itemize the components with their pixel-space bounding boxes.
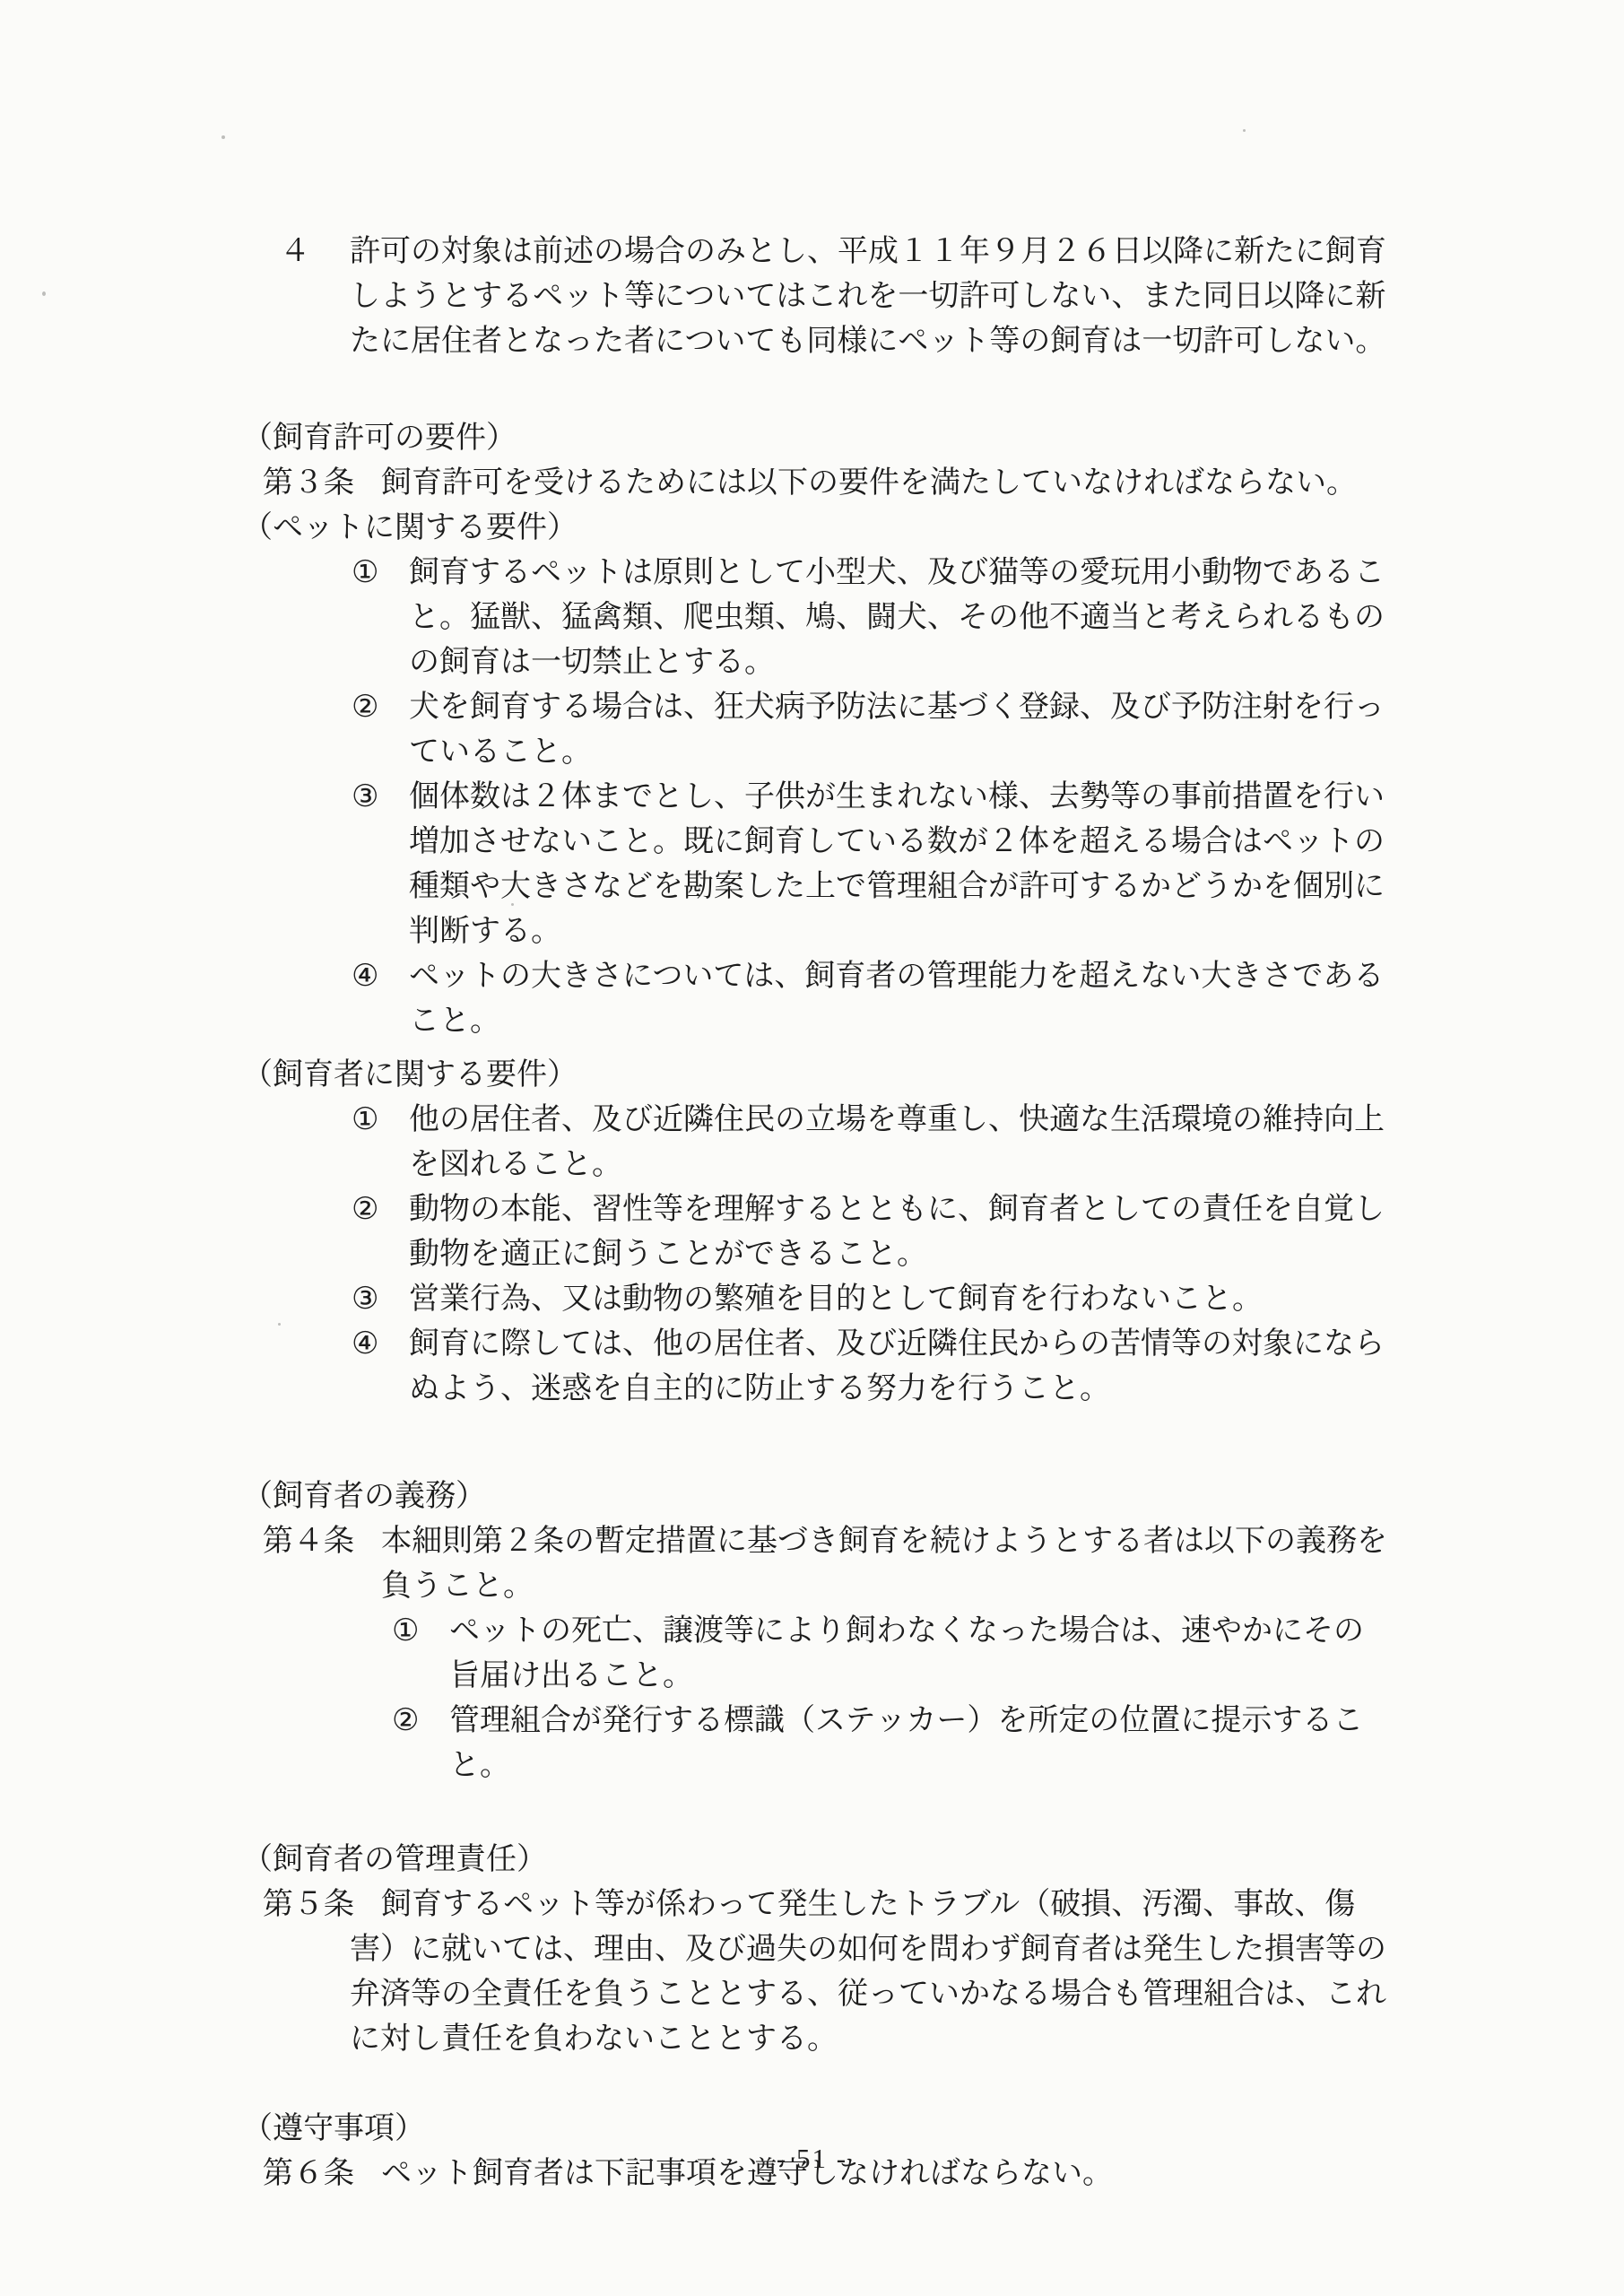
item-number: ③ xyxy=(352,774,382,819)
list-item: ①飼育するペットは原則として小型犬、及び猫等の愛玩用小動物であること。猛獣、猛禽… xyxy=(352,550,1390,684)
list-item: ②動物の本能、習性等を理解するとともに、飼育者としての責任を自覚し動物を適正に飼… xyxy=(352,1187,1390,1276)
item-text: 飼育するペットは原則として小型犬、及び猫等の愛玩用小動物であること。猛獣、猛禽類… xyxy=(409,555,1385,679)
item-number: ② xyxy=(352,684,382,729)
list-item: ①他の居住者、及び近隣住民の立場を尊重し、快適な生活環境の維持向上を図れること。 xyxy=(352,1097,1390,1187)
list-item: ④飼育に際しては、他の居住者、及び近隣住民からの苦情等の対象にならぬよう、迷惑を… xyxy=(352,1321,1390,1411)
item-text: 管理組合が発行する標識（ステッカー）を所定の位置に提示すること。 xyxy=(449,1703,1363,1782)
article-3: 第３条飼育許可を受けるためには以下の要件を満たしていなければならない。 xyxy=(263,460,1390,505)
clause-text: 許可の対象は前述の場合のみとし、平成１１年９月２６日以降に新たに飼育しようとする… xyxy=(350,234,1386,358)
item-text: 個体数は２体までとし、子供が生まれない様、去勢等の事前措置を行い増加させないこと… xyxy=(409,779,1385,948)
list-item: ②管理組合が発行する標識（ステッカー）を所定の位置に提示すること。 xyxy=(392,1698,1390,1787)
document-body: ４許可の対象は前述の場合のみとし、平成１１年９月２６日以降に新たに飼育しようとす… xyxy=(242,229,1390,2196)
scan-speck xyxy=(1243,129,1246,132)
item-text: 動物の本能、習性等を理解するとともに、飼育者としての責任を自覚し動物を適正に飼う… xyxy=(409,1192,1385,1271)
article-4-label: 第４条 xyxy=(263,1524,354,1558)
clause-number: ４ xyxy=(280,229,310,274)
scan-speck xyxy=(221,135,225,139)
item-text: 営業行為、又は動物の繁殖を目的として飼育を行わないこと。 xyxy=(409,1282,1263,1316)
list-item: ①ペットの死亡、譲渡等により飼わなくなった場合は、速やかにその旨届け出ること。 xyxy=(392,1608,1390,1698)
clause-4-paragraph: ４許可の対象は前述の場合のみとし、平成１１年９月２６日以降に新たに飼育しようとす… xyxy=(280,229,1390,363)
scan-speck xyxy=(511,903,514,906)
scan-speck xyxy=(1150,1109,1152,1111)
heading-owner-liability: （飼育者の管理責任） xyxy=(242,1837,1390,1882)
item-number: ④ xyxy=(352,1321,382,1366)
item-number: ④ xyxy=(352,953,382,998)
heading-owner-duties: （飼育者の義務） xyxy=(242,1474,1390,1518)
article-5-label: 第５条 xyxy=(263,1887,354,1921)
item-number: ② xyxy=(392,1698,422,1743)
item-text: 他の居住者、及び近隣住民の立場を尊重し、快適な生活環境の維持向上を図れること。 xyxy=(409,1102,1385,1181)
list-item: ②犬を飼育する場合は、狂犬病予防法に基づく登録、及び予防注射を行っていること。 xyxy=(352,684,1390,774)
list-item: ③営業行為、又は動物の繁殖を目的として飼育を行わないこと。 xyxy=(352,1276,1390,1321)
article-4-text: 本細則第２条の暫定措置に基づき飼育を続けようとする者は以下の義務を負うこと。 xyxy=(381,1524,1387,1603)
page-number: - 51 - xyxy=(0,2136,1624,2181)
item-number: ③ xyxy=(352,1276,382,1321)
item-text: 飼育に際しては、他の居住者、及び近隣住民からの苦情等の対象にならぬよう、迷惑を自… xyxy=(409,1326,1385,1405)
item-text: ペットの大きさについては、飼育者の管理能力を超えない大きさであること。 xyxy=(409,959,1384,1038)
item-number: ① xyxy=(392,1608,422,1653)
heading-pet-requirements: （ペットに関する要件） xyxy=(242,505,1390,550)
item-number: ① xyxy=(352,1097,382,1142)
heading-owner-requirements: （飼育者に関する要件） xyxy=(242,1052,1390,1097)
article-3-label: 第３条 xyxy=(263,465,354,500)
item-number: ② xyxy=(352,1187,382,1231)
scan-speck xyxy=(278,1323,281,1326)
scan-speck xyxy=(42,291,46,296)
scanned-document-page: ４許可の対象は前述の場合のみとし、平成１１年９月２６日以降に新たに飼育しようとす… xyxy=(0,0,1624,2296)
list-item: ③個体数は２体までとし、子供が生まれない様、去勢等の事前措置を行い増加させないこ… xyxy=(352,774,1390,953)
article-3-text: 飼育許可を受けるためには以下の要件を満たしていなければならない。 xyxy=(381,465,1357,500)
heading-permit-requirements: （飼育許可の要件） xyxy=(242,415,1390,460)
article-4: 第４条本細則第２条の暫定措置に基づき飼育を続けようとする者は以下の義務を負うこと… xyxy=(263,1518,1390,1608)
item-number: ① xyxy=(352,550,382,595)
article-5: 第５条飼育するペット等が係わって発生したトラブル（破損、汚濁、事故、傷害）に就い… xyxy=(263,1882,1390,2061)
item-text: 犬を飼育する場合は、狂犬病予防法に基づく登録、及び予防注射を行っていること。 xyxy=(409,690,1385,769)
list-item: ④ペットの大きさについては、飼育者の管理能力を超えない大きさであること。 xyxy=(352,953,1390,1043)
article-5-text: 飼育するペット等が係わって発生したトラブル（破損、汚濁、事故、傷害）に就いては、… xyxy=(350,1887,1386,2056)
item-text: ペットの死亡、譲渡等により飼わなくなった場合は、速やかにその旨届け出ること。 xyxy=(449,1613,1364,1692)
